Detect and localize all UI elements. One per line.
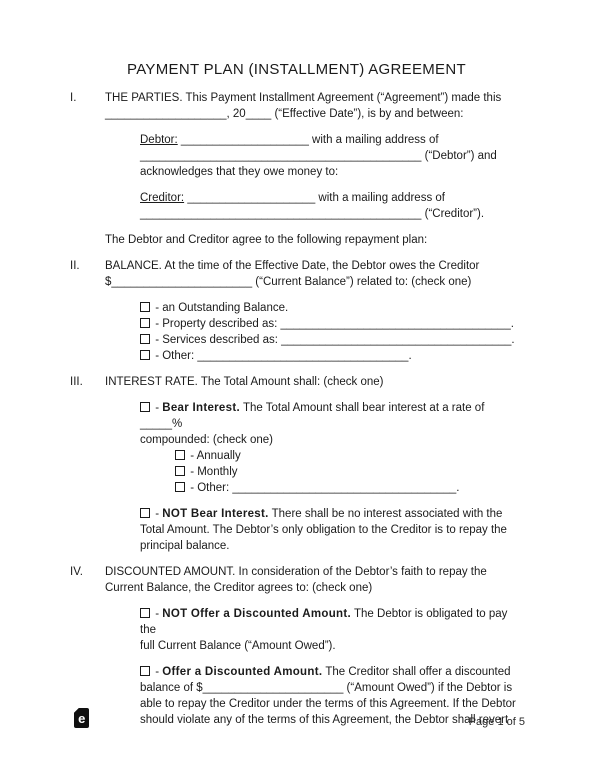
checkbox-compound-other[interactable]	[175, 482, 185, 492]
checkbox-not-offer-discount[interactable]	[140, 608, 150, 618]
creditor-name-blank: ____________________ with a mailing addr…	[187, 192, 445, 204]
creditor-block: Creditor: ____________________ with a ma…	[140, 190, 523, 222]
checkbox-not-bear-interest[interactable]	[140, 508, 150, 518]
not-bear-interest-label: NOT Bear Interest.	[162, 508, 268, 520]
section-balance: II. BALANCE. At the time of the Effectiv…	[70, 258, 523, 364]
interest-heading: INTEREST RATE. The Total Amount shall: (…	[105, 374, 523, 390]
checkbox-property[interactable]	[140, 318, 150, 328]
section-parties: I. THE PARTIES. This Payment Installment…	[70, 90, 523, 248]
checkbox-balance-other[interactable]	[140, 350, 150, 360]
debtor-line-2: ________________________________________…	[140, 148, 523, 164]
not-offer-discount-line-2: full Current Balance (“Amount Owed”).	[140, 638, 523, 654]
balance-heading-line-2: $______________________ (“Current Balanc…	[105, 274, 523, 290]
not-bear-interest-line-2: Total Amount. The Debtor’s only obligati…	[140, 522, 523, 538]
option-monthly-label: - Monthly	[190, 466, 237, 478]
option-annually: - Annually	[175, 448, 523, 464]
parties-heading-line-2: ___________________, 20____ (“Effective …	[105, 106, 523, 122]
offer-discount-line-3: able to repay the Creditor under the ter…	[140, 696, 523, 712]
document-title: PAYMENT PLAN (INSTALLMENT) AGREEMENT	[70, 60, 523, 80]
option-offer-discount: - Offer a Discounted Amount. The Credito…	[140, 664, 523, 728]
option-bear-interest: - Bear Interest. The Total Amount shall …	[140, 400, 523, 496]
creditor-line-1: Creditor: ____________________ with a ma…	[140, 190, 523, 206]
offer-discount-line-4: should violate any of the terms of this …	[140, 712, 523, 728]
option-not-offer-discount: - NOT Offer a Discounted Amount. The Deb…	[140, 606, 523, 654]
option-outstanding-balance: - an Outstanding Balance.	[140, 300, 523, 316]
compound-options: - Annually - Monthly - Other: __________…	[175, 448, 523, 496]
discount-heading-line-2: Current Balance, the Creditor agrees to:…	[105, 580, 523, 596]
debtor-name-blank: ____________________ with a mailing addr…	[181, 134, 439, 146]
creditor-label: Creditor:	[140, 192, 184, 204]
bear-interest-line-1: - Bear Interest. The Total Amount shall …	[140, 400, 523, 432]
eforms-document-icon: e	[74, 708, 89, 728]
offer-discount-line-1: - Offer a Discounted Amount. The Credito…	[140, 664, 523, 680]
debtor-block: Debtor: ____________________ with a mail…	[140, 132, 523, 180]
debtor-line-3: acknowledges that they owe money to:	[140, 164, 523, 180]
option-services-label: - Services described as: _______________…	[155, 334, 514, 346]
parties-heading-line-1: THE PARTIES. This Payment Installment Ag…	[105, 90, 523, 106]
option-balance-other: - Other: _______________________________…	[140, 348, 523, 364]
not-bear-interest-text: There shall be no interest associated wi…	[272, 508, 503, 520]
option-dash: -	[155, 666, 159, 678]
option-compound-other: - Other: _______________________________…	[175, 480, 523, 496]
discount-heading-line-1: DISCOUNTED AMOUNT. In consideration of t…	[105, 564, 523, 580]
checkbox-services[interactable]	[140, 334, 150, 344]
option-compound-other-label: - Other: _______________________________…	[190, 482, 459, 494]
option-dash: -	[155, 508, 159, 520]
checkbox-monthly[interactable]	[175, 466, 185, 476]
not-offer-discount-line-1: - NOT Offer a Discounted Amount. The Deb…	[140, 606, 523, 638]
section-interest: III. INTEREST RATE. The Total Amount sha…	[70, 374, 523, 554]
option-property: - Property described as: _______________…	[140, 316, 523, 332]
section-discount: IV. DISCOUNTED AMOUNT. In consideration …	[70, 564, 523, 728]
checkbox-annually[interactable]	[175, 450, 185, 460]
eforms-logo-letter: e	[78, 711, 85, 726]
balance-heading-line-1: BALANCE. At the time of the Effective Da…	[105, 258, 523, 274]
checkbox-bear-interest[interactable]	[140, 402, 150, 412]
option-balance-other-label: - Other: _______________________________…	[155, 350, 411, 362]
option-monthly: - Monthly	[175, 464, 523, 480]
not-offer-discount-label: NOT Offer a Discounted Amount.	[162, 608, 351, 620]
document-page: PAYMENT PLAN (INSTALLMENT) AGREEMENT I. …	[0, 0, 593, 768]
document-content: PAYMENT PLAN (INSTALLMENT) AGREEMENT I. …	[70, 60, 523, 728]
checkbox-outstanding-balance[interactable]	[140, 302, 150, 312]
option-dash: -	[155, 608, 159, 620]
debtor-label: Debtor:	[140, 134, 178, 146]
option-services: - Services described as: _______________…	[140, 332, 523, 348]
offer-discount-label: Offer a Discounted Amount.	[162, 666, 322, 678]
section-discount-numeral: IV.	[70, 564, 105, 728]
agreement-line: The Debtor and Creditor agree to the fol…	[105, 232, 523, 248]
section-balance-numeral: II.	[70, 258, 105, 364]
option-not-bear-interest: - NOT Bear Interest. There shall be no i…	[140, 506, 523, 554]
not-bear-interest-line-1: - NOT Bear Interest. There shall be no i…	[140, 506, 523, 522]
option-dash: -	[155, 402, 159, 414]
checkbox-offer-discount[interactable]	[140, 666, 150, 676]
offer-discount-text: The Creditor shall offer a discounted	[325, 666, 510, 678]
bear-interest-label: Bear Interest.	[162, 402, 240, 414]
eforms-logo: e	[74, 708, 89, 733]
bear-interest-line-2: compounded: (check one)	[140, 432, 523, 448]
offer-discount-line-2: balance of $______________________ (“Amo…	[140, 680, 523, 696]
not-bear-interest-line-3: principal balance.	[140, 538, 523, 554]
section-interest-numeral: III.	[70, 374, 105, 554]
page-number: Page 1 of 5	[469, 714, 525, 730]
option-annually-label: - Annually	[190, 450, 241, 462]
debtor-line-1: Debtor: ____________________ with a mail…	[140, 132, 523, 148]
creditor-line-2: ________________________________________…	[140, 206, 523, 222]
balance-options: - an Outstanding Balance. - Property des…	[140, 300, 523, 364]
option-property-label: - Property described as: _______________…	[155, 318, 514, 330]
option-outstanding-balance-label: - an Outstanding Balance.	[155, 302, 288, 314]
section-parties-numeral: I.	[70, 90, 105, 248]
